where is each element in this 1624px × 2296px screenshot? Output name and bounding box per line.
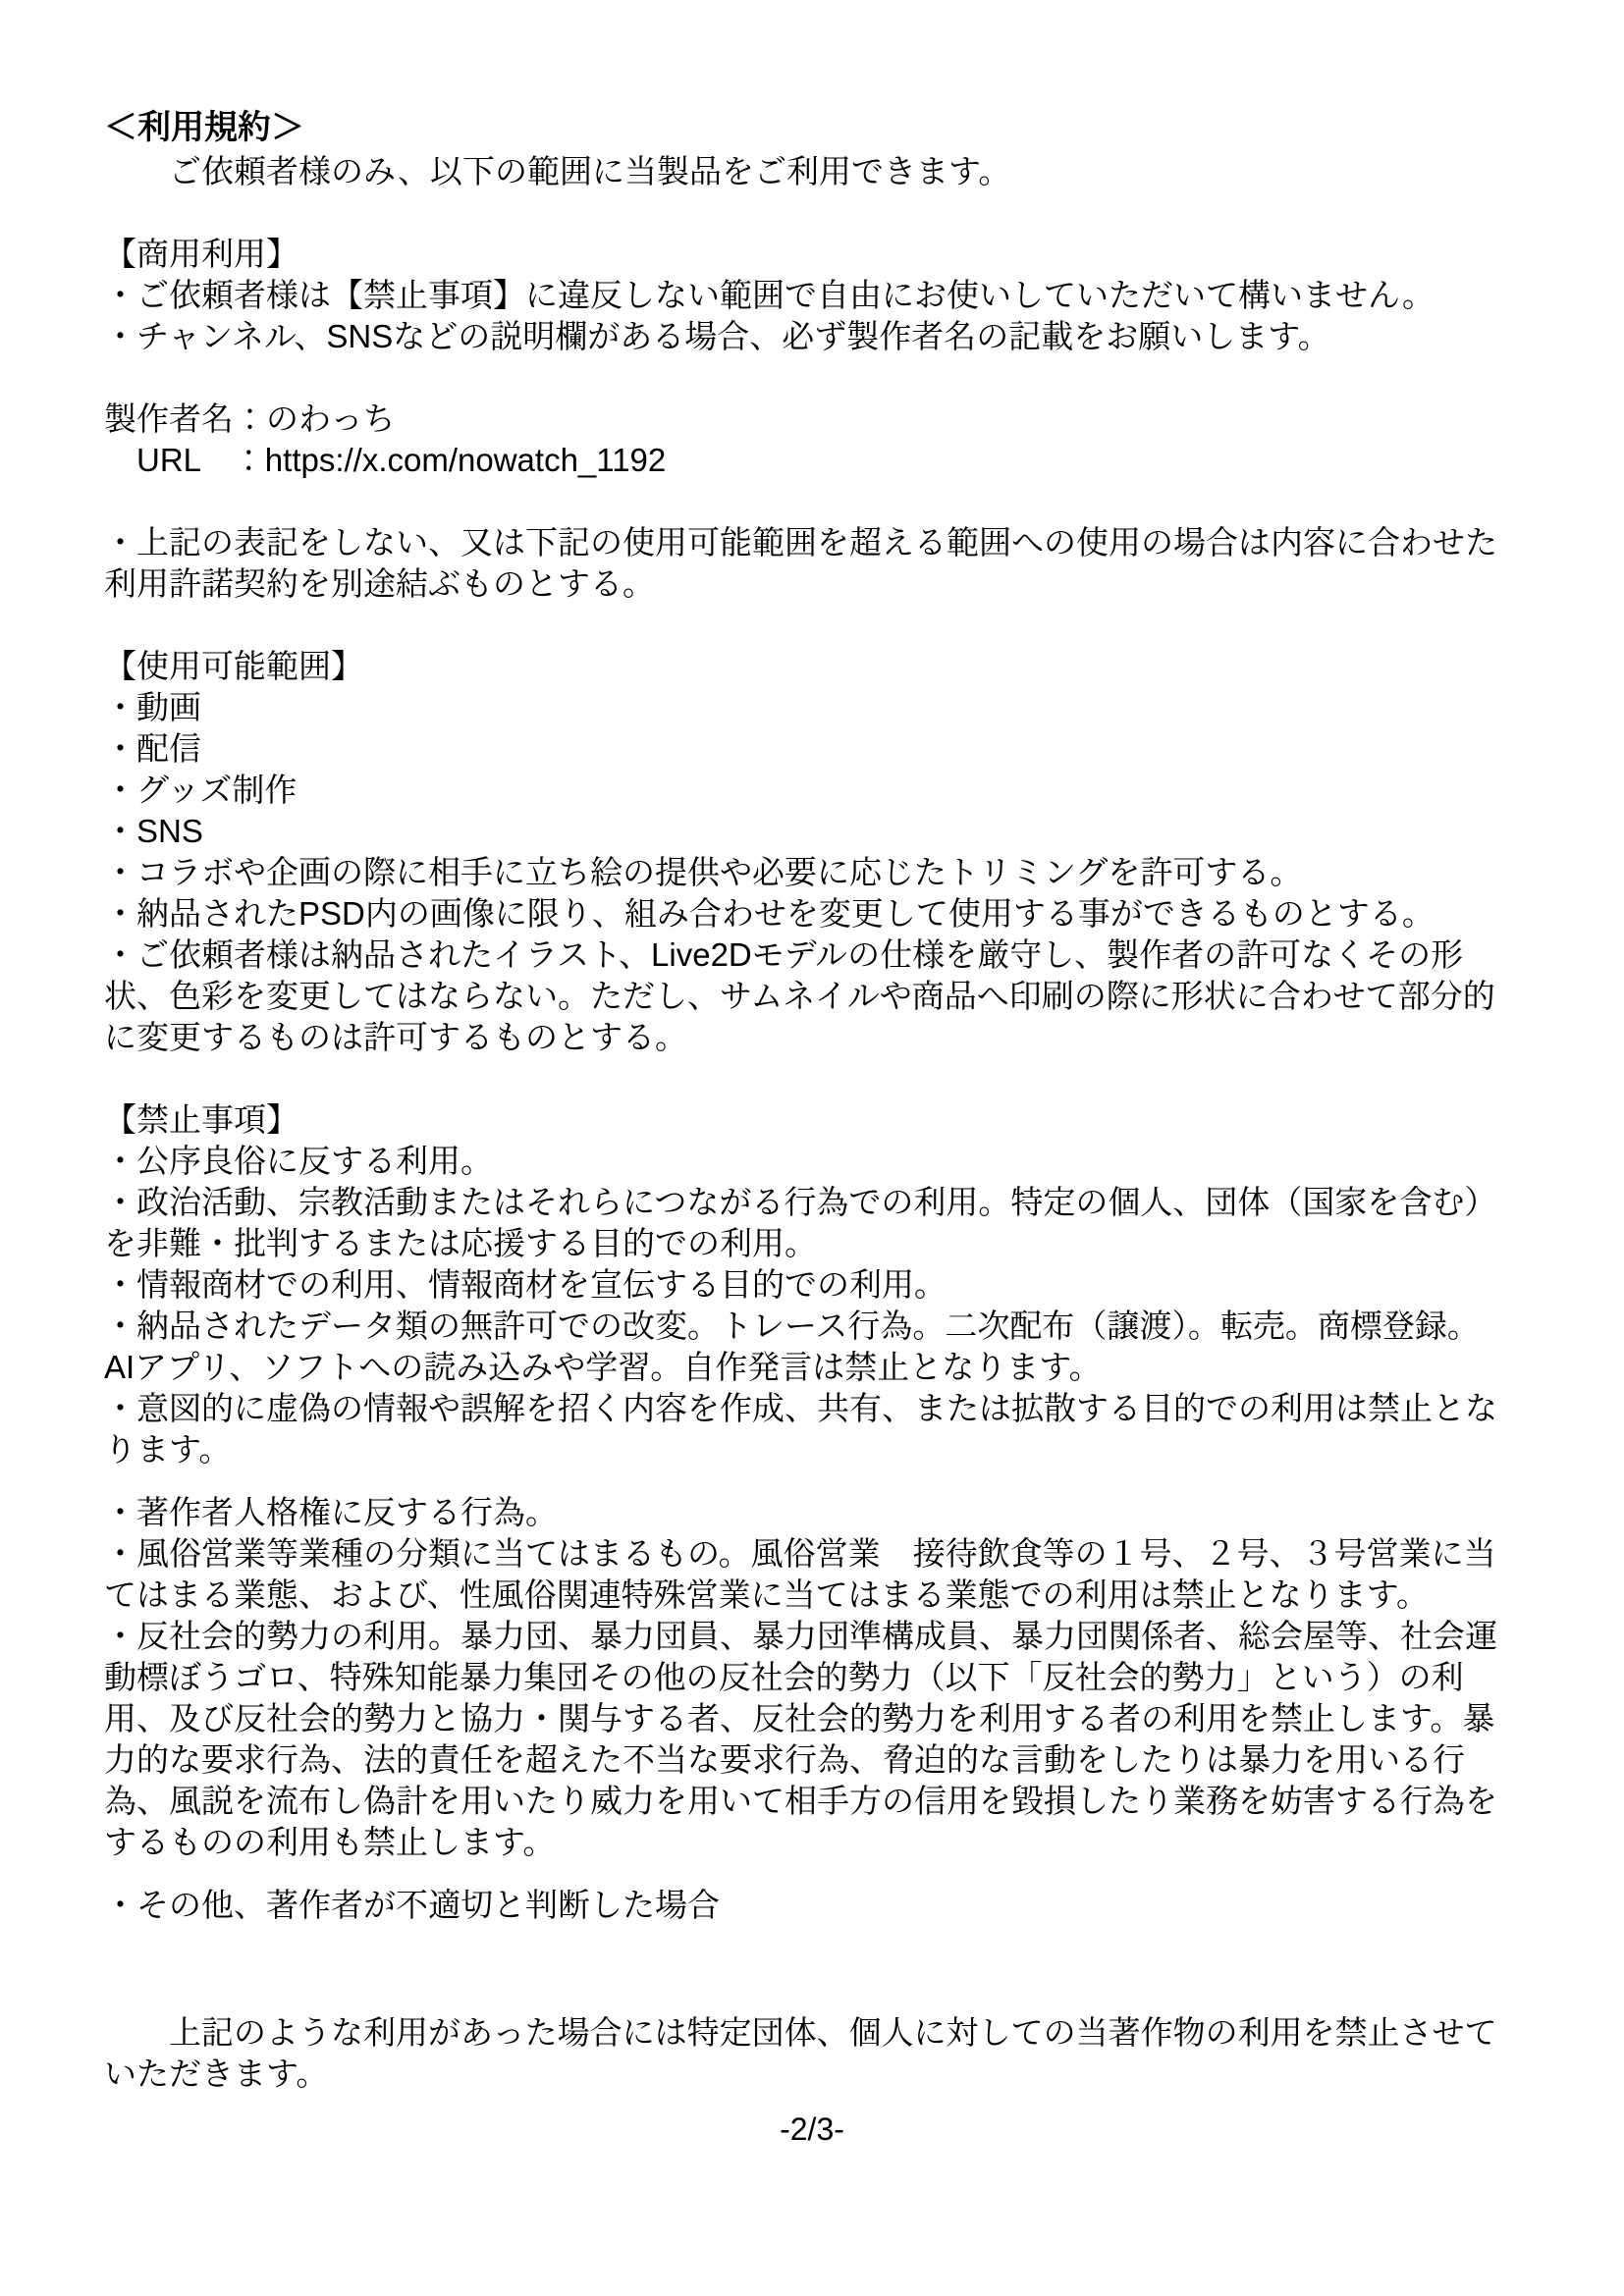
allowed-scope-item: ・グッズ制作 xyxy=(104,770,1510,811)
prohibited-item: ・情報商材での利用、情報商材を宣伝する目的での利用。 xyxy=(104,1264,1510,1306)
closing-statement: 上記のような利用があった場合には特定団体、個人に対しての当著作物の利用を禁止させ… xyxy=(104,2012,1510,2095)
allowed-scope-item: ・納品されたPSD内の画像に限り、組み合わせを変更して使用する事ができるものとす… xyxy=(104,893,1510,934)
allowed-scope-heading: 【使用可能範囲】 xyxy=(104,646,1510,687)
prohibited-item: ・反社会的勢力の利用。暴力団、暴力団員、暴力団準構成員、暴力団関係者、総会屋等、… xyxy=(104,1616,1510,1863)
allowed-scope-item: ・ご依頼者様は納品されたイラスト、Live2Dモデルの仕様を厳守し、製作者の許可… xyxy=(104,934,1510,1058)
allowed-scope-item: ・SNS xyxy=(104,811,1510,852)
prohibited-item-other: ・その他、著作者が不適切と判断した場合 xyxy=(104,1885,1510,1926)
allowed-scope-item: ・コラボや企画の際に相手に立ち絵の提供や必要に応じたトリミングを許可する。 xyxy=(104,852,1510,893)
prohibited-heading: 【禁止事項】 xyxy=(104,1099,1510,1141)
allowed-scope-item: ・動画 xyxy=(104,687,1510,728)
prohibited-item: ・納品されたデータ類の無許可での改変。トレース行為。二次配布（譲渡）。転売。商標… xyxy=(104,1306,1510,1388)
prohibited-item: ・意図的に虚偽の情報や誤解を招く内容を作成、共有、または拡散する目的での利用は禁… xyxy=(104,1388,1510,1470)
commercial-use-item: ・ご依頼者様は【禁止事項】に違反しない範囲で自由にお使いしていただいて構いません… xyxy=(104,275,1510,316)
allowed-scope-item: ・配信 xyxy=(104,728,1510,770)
license-agreement-note: ・上記の表記をしない、又は下記の使用可能範囲を超える範囲への使用の場合は内容に合… xyxy=(104,522,1510,605)
prohibited-item: ・政治活動、宗教活動またはそれらにつながる行為での利用。特定の個人、団体（国家を… xyxy=(104,1182,1510,1264)
terms-document-page: ＜利用規約＞ ご依頼者様のみ、以下の範囲に当製品をご利用できます。 【商用利用】… xyxy=(0,0,1624,2296)
blank-line xyxy=(104,192,1510,234)
creator-name-line: 製作者名：のわっち xyxy=(104,399,1510,440)
blank-line xyxy=(104,1058,1510,1099)
prohibited-item: ・風俗営業等業種の分類に当てはまるもの。風俗営業 接待飲食等の１号、２号、３号営… xyxy=(104,1533,1510,1616)
commercial-use-item: ・チャンネル、SNSなどの説明欄がある場合、必ず製作者名の記載をお願いします。 xyxy=(104,316,1510,357)
document-content: ＜利用規約＞ ご依頼者様のみ、以下の範囲に当製品をご利用できます。 【商用利用】… xyxy=(104,104,1510,2095)
large-gap xyxy=(104,1926,1510,2012)
terms-title: ＜利用規約＞ xyxy=(104,104,1510,151)
half-blank-line xyxy=(104,1470,1510,1492)
blank-line xyxy=(104,481,1510,522)
blank-line xyxy=(104,357,1510,399)
blank-line xyxy=(104,605,1510,646)
half-blank-line xyxy=(104,1863,1510,1885)
prohibited-item: ・著作者人格権に反する行為。 xyxy=(104,1492,1510,1533)
page-number: -2/3- xyxy=(0,2109,1624,2150)
creator-url-line: URL ：https://x.com/nowatch_1192 xyxy=(104,440,1510,481)
commercial-use-heading: 【商用利用】 xyxy=(104,234,1510,275)
prohibited-item: ・公序良俗に反する利用。 xyxy=(104,1141,1510,1182)
terms-intro: ご依頼者様のみ、以下の範囲に当製品をご利用できます。 xyxy=(104,151,1510,192)
